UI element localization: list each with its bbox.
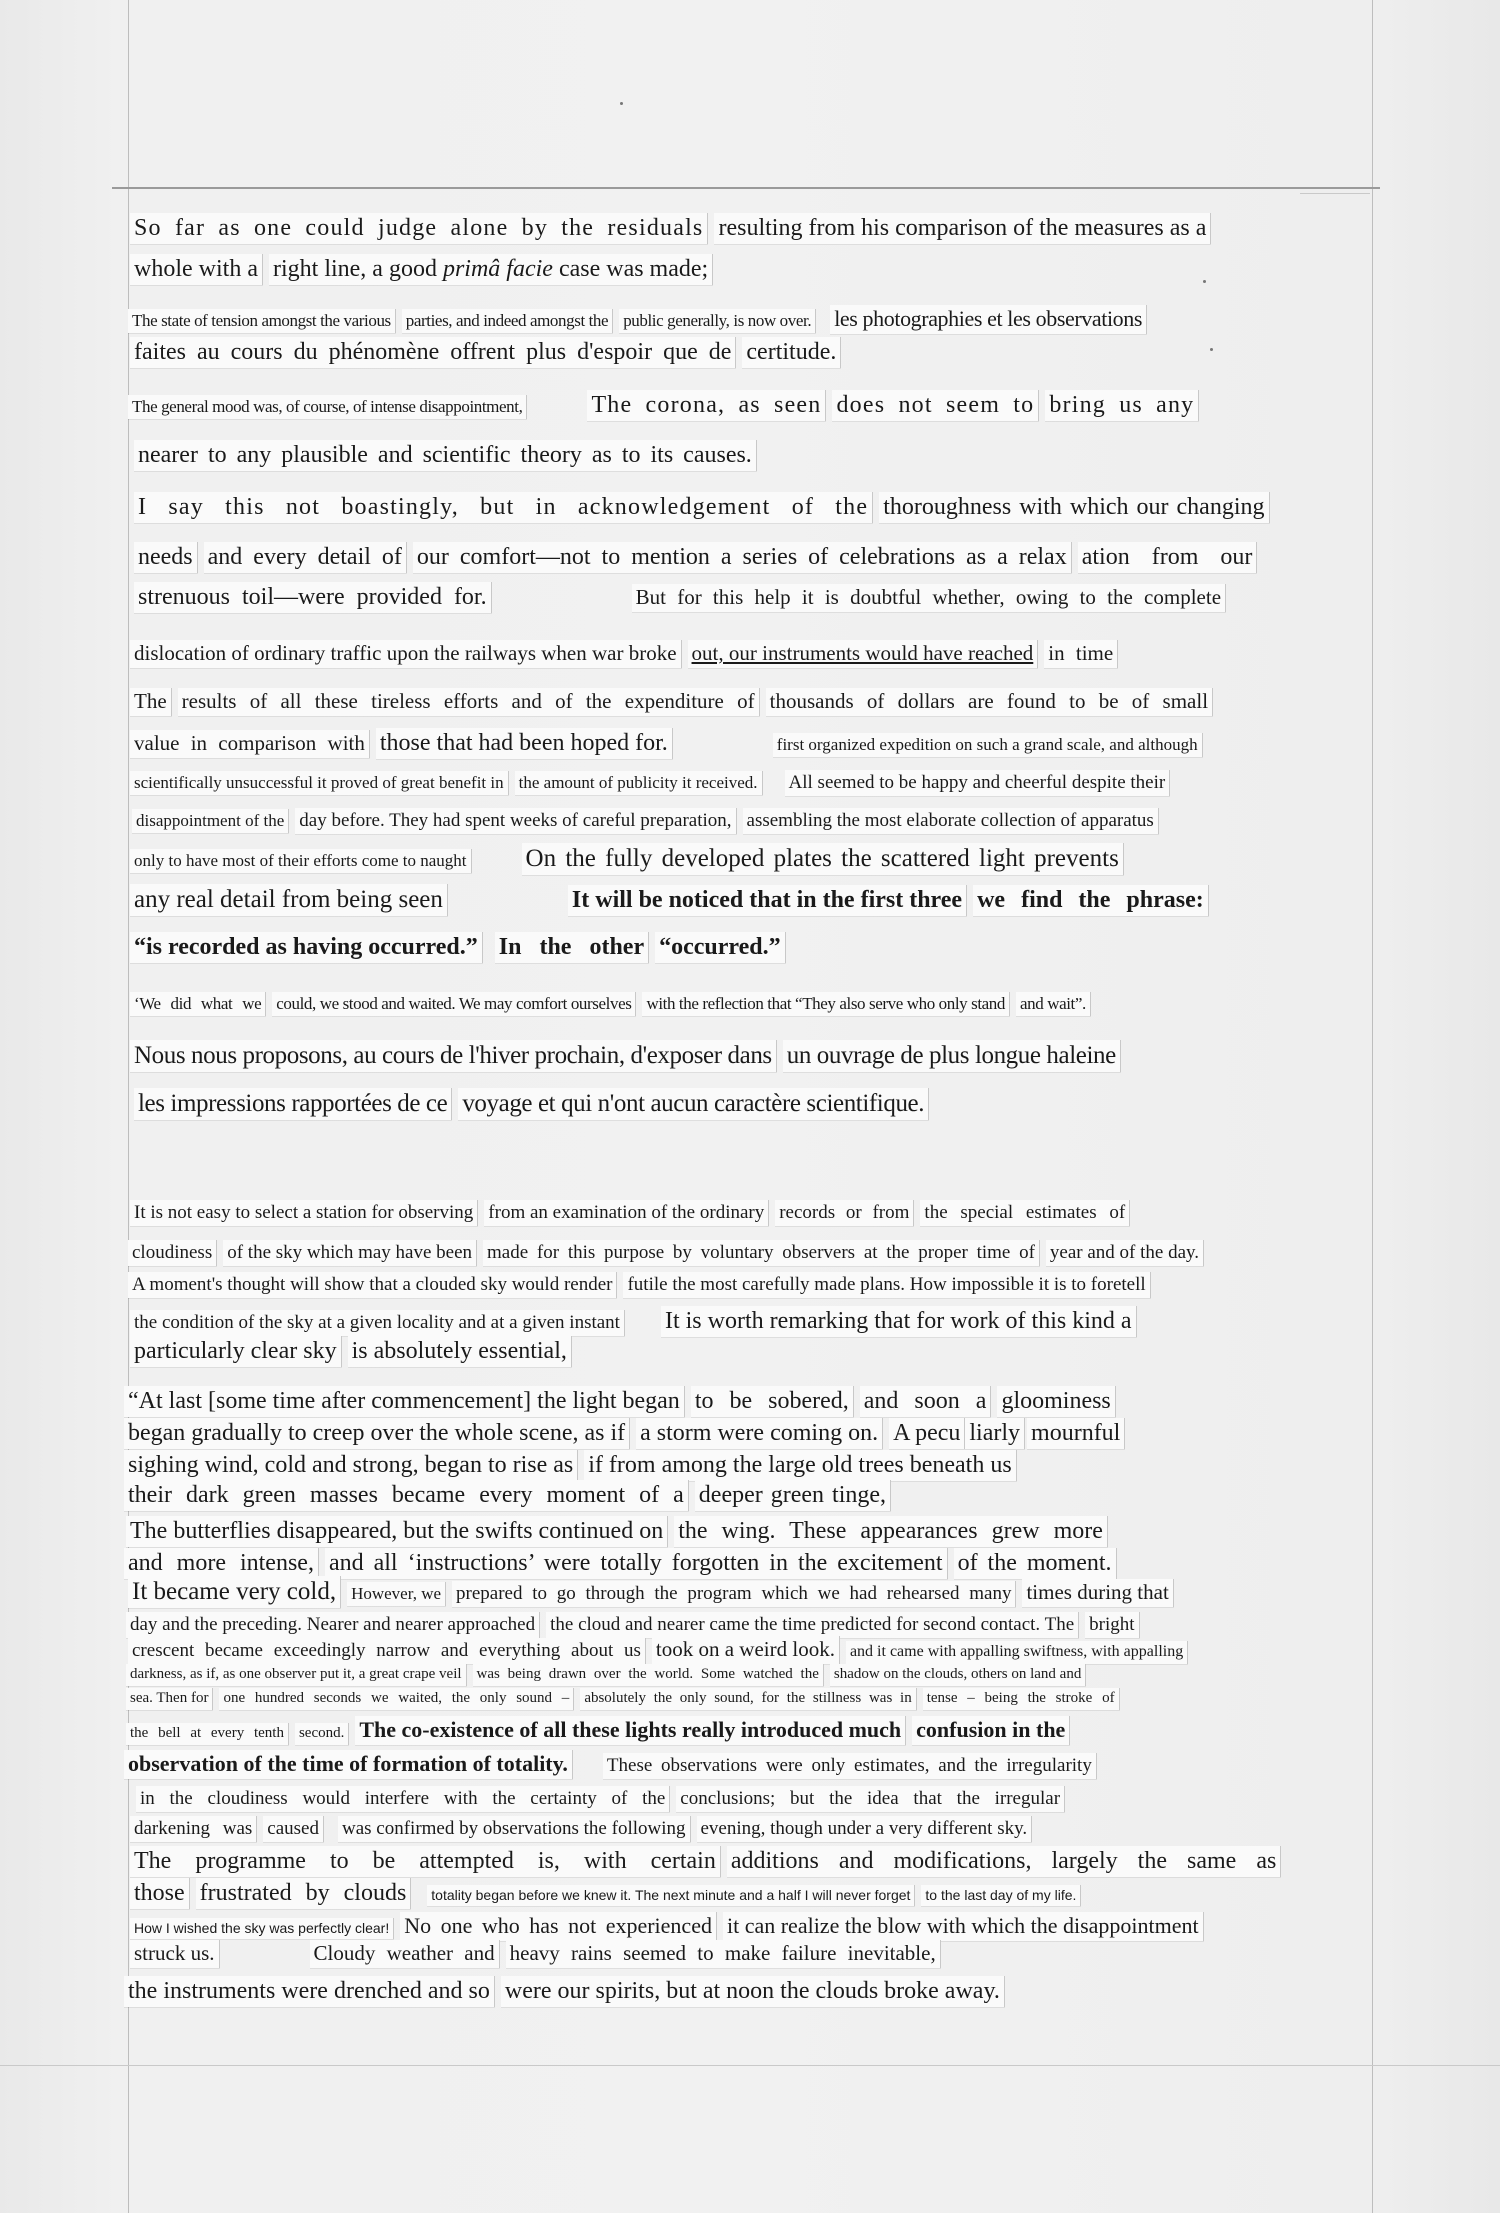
text-fragment: year and of the day.	[1046, 1240, 1204, 1266]
text-fragment: evening, though under a very different s…	[697, 1816, 1033, 1842]
text-line: day and the preceding. Nearer and nearer…	[126, 1612, 1146, 1638]
text-fragment: On the fully developed plates the scatte…	[522, 843, 1124, 875]
text-fragment: took on a weird look.	[652, 1636, 840, 1664]
text-line: only to have most of their efforts come …	[130, 843, 1130, 875]
text-fragment: It is worth remarking that for work of t…	[661, 1306, 1137, 1337]
text-fragment: to the last day of my life.	[921, 1885, 1081, 1906]
text-fragment: crescent became exceedingly narrow and e…	[128, 1638, 646, 1664]
text-fragment: and soon a	[860, 1386, 992, 1417]
text-line: sea. Then forone hundred seconds we wait…	[126, 1688, 1126, 1710]
text-line: dislocation of ordinary traffic upon the…	[130, 640, 1124, 668]
text-line: whole with aright line, a good primâ fac…	[130, 254, 719, 285]
text-fragment: additions and modifications, largely the…	[727, 1846, 1281, 1877]
text-fragment: I say this not boastingly, but in acknow…	[134, 492, 873, 523]
text-fragment: The programme to be attempted is, with c…	[130, 1846, 721, 1877]
text-fragment: disappointment of the	[132, 809, 289, 833]
text-line: sighing wind, cold and strong, began to …	[124, 1450, 1023, 1481]
italic-phrase: primâ facie	[443, 256, 553, 282]
text-fragment: in the cloudiness would interfere with t…	[136, 1786, 670, 1812]
text-fragment: gloominess	[997, 1386, 1115, 1417]
text-fragment: darkness, as if, as one observer put it,…	[126, 1664, 467, 1686]
text-line: cloudinessof the sky which may have been…	[128, 1240, 1210, 1266]
text-line: darkness, as if, as one observer put it,…	[126, 1664, 1092, 1686]
text-fragment: confusion in the	[912, 1716, 1070, 1745]
text-fragment: in time	[1044, 640, 1118, 668]
text-fragment: the amount of publicity it received.	[515, 771, 763, 795]
text-line: the condition of the sky at a given loca…	[130, 1306, 1143, 1337]
text-fragment: to be sobered,	[691, 1386, 854, 1417]
text-fragment: ‘We did what we	[130, 992, 266, 1016]
text-fragment: So far as one could judge alone by the r…	[130, 213, 708, 244]
text-line: faites au cours du phénomène offrent plu…	[130, 337, 847, 368]
text-fragment: All seemed to be happy and cheerful desp…	[785, 770, 1171, 796]
text-fragment: les photographies et les observations	[830, 305, 1147, 334]
text-fragment: futile the most carefully made plans. Ho…	[623, 1272, 1150, 1298]
text-line: crescent became exceedingly narrow and e…	[128, 1636, 1194, 1664]
text-line: struck us.Cloudy weather andheavy rains …	[130, 1940, 947, 1968]
text-fragment: thoroughness with which our changing	[879, 492, 1269, 523]
text-line: value in comparison withthose that had b…	[130, 728, 1209, 759]
text-fragment: A pecu	[889, 1418, 965, 1449]
text-line: So far as one could judge alone by the r…	[130, 213, 1217, 244]
text-fragment: In the other	[495, 932, 649, 963]
text-fragment: The general mood was, of course, of inte…	[128, 395, 527, 419]
text-fragment: mournful	[1027, 1418, 1125, 1449]
text-fragment: resulting from his comparison of the mea…	[714, 213, 1211, 244]
text-line: and more intense,and all ‘instructions’ …	[124, 1548, 1123, 1579]
text-fragment: second.	[295, 1723, 349, 1745]
text-fragment: times during that	[1022, 1579, 1173, 1607]
text-fragment: bring us any	[1045, 390, 1199, 421]
text-line: observation of the time of formation of …	[124, 1750, 1103, 1779]
text-fragment: It will be noticed that in the first thr…	[568, 885, 967, 916]
text-fragment: “is recorded as having occurred.”	[130, 932, 483, 963]
text-fragment: is absolutely essential,	[348, 1336, 572, 1367]
text-fragment: Cloudy weather and	[310, 1940, 500, 1968]
text-fragment: with the reflection that “They also serv…	[642, 992, 1010, 1016]
text-fragment: we find the phrase:	[973, 885, 1209, 916]
text-line: Theresults of all these tireless efforts…	[130, 688, 1219, 716]
text-fragment: those	[130, 1878, 190, 1909]
text-fragment: only to have most of their efforts come …	[130, 849, 472, 873]
text-fragment: It is not easy to select a station for o…	[130, 1200, 478, 1226]
speck	[1210, 348, 1213, 351]
text-fragment: struck us.	[130, 1940, 220, 1968]
text-fragment: records or from	[775, 1200, 914, 1226]
text-fragment: of the moment.	[954, 1548, 1117, 1579]
text-fragment: faites au cours du phénomène offrent plu…	[130, 337, 736, 368]
text-fragment: “At last [some time after commencement] …	[124, 1386, 685, 1417]
text-fragment: un ouvrage de plus longue haleine	[783, 1040, 1121, 1072]
text-fragment: absolutely the only sound, for the still…	[580, 1688, 916, 1710]
speck	[620, 102, 623, 105]
text-line: “is recorded as having occurred.”In the …	[130, 932, 792, 963]
text-fragment: and every detail of	[204, 542, 407, 573]
text-fragment: The co-existence of all these lights rea…	[355, 1716, 906, 1745]
text-fragment: made for this purpose by voluntary obser…	[483, 1240, 1040, 1266]
text-fragment: particularly clear sky	[130, 1336, 342, 1367]
text-fragment: and more intense,	[124, 1548, 319, 1579]
text-fragment: The state of tension amongst the various	[128, 309, 396, 333]
text-fragment: their dark green masses became every mom…	[124, 1480, 689, 1511]
text-fragment: nearer to any plausible and scientific t…	[134, 440, 757, 471]
text-fragment: bright	[1085, 1612, 1139, 1638]
text-fragment: case was made;	[559, 256, 708, 282]
text-fragment: began gradually to creep over the whole …	[124, 1418, 630, 1449]
speck	[1203, 280, 1206, 283]
text-line: Nous nous proposons, au cours de l'hiver…	[130, 1040, 1127, 1072]
text-line: How I wished the sky was perfectly clear…	[130, 1912, 1210, 1941]
text-line: ‘We did what wecould, we stood and waite…	[130, 992, 1097, 1016]
text-fragment: the cloud and nearer came the time predi…	[546, 1612, 1079, 1638]
text-fragment: if from among the large old trees beneat…	[584, 1450, 1016, 1481]
text-line: The programme to be attempted is, with c…	[130, 1846, 1287, 1877]
text-fragment: those that had been hoped for.	[376, 728, 673, 759]
text-fragment: needs	[134, 542, 198, 573]
text-fragment: day and the preceding. Nearer and nearer…	[126, 1612, 540, 1638]
text-fragment: No one who has not experienced	[400, 1912, 717, 1941]
text-fragment: certitude.	[742, 337, 841, 368]
text-fragment: thousands of dollars are found to be of …	[766, 688, 1213, 716]
text-fragment: observation of the time of formation of …	[124, 1750, 573, 1779]
right-margin-line	[1372, 0, 1373, 2213]
text-fragment: out, our instruments would have reached	[688, 640, 1039, 668]
text-fragment: the wing. These appearances grew more	[674, 1516, 1108, 1547]
text-fragment: But for this help it is doubtful whether…	[632, 584, 1226, 612]
text-fragment: However, we	[347, 1582, 446, 1606]
text-fragment: and all ‘instructions’ were totally forg…	[325, 1548, 948, 1579]
text-fragment: the instruments were drenched and so	[124, 1976, 495, 2007]
text-line: in the cloudiness would interfere with t…	[136, 1786, 1071, 1812]
text-fragment: dislocation of ordinary traffic upon the…	[130, 640, 682, 668]
text-fragment: was being drawn over the world. Some wat…	[473, 1664, 824, 1686]
text-fragment: were our spirits, but at noon the clouds…	[501, 1976, 1005, 2007]
text-fragment: sighing wind, cold and strong, began to …	[124, 1450, 578, 1481]
text-line: “At last [some time after commencement] …	[124, 1386, 1122, 1417]
text-fragment: a storm were coming on.	[636, 1418, 883, 1449]
text-fragment: from an examination of the ordinary	[484, 1200, 769, 1226]
text-fragment: ation from our	[1078, 542, 1258, 573]
text-line: particularly clear skyis absolutely esse…	[130, 1336, 578, 1367]
text-line: their dark green masses became every mom…	[124, 1480, 897, 1511]
text-fragment: first organized expedition on such a gra…	[773, 733, 1203, 757]
text-fragment: Nous nous proposons, au cours de l'hiver…	[130, 1040, 777, 1072]
text-line: any real detail from being seenIt will b…	[130, 884, 1215, 916]
text-line: I say this not boastingly, but in acknow…	[134, 492, 1276, 523]
top-rule-lower	[1300, 193, 1370, 194]
text-fragment: caused	[263, 1816, 324, 1842]
text-fragment: public generally, is now over.	[619, 309, 816, 333]
text-fragment: right line, a good primâ facie case was …	[269, 254, 713, 285]
text-line: began gradually to creep over the whole …	[124, 1418, 1131, 1449]
text-fragment: deeper green tinge,	[695, 1480, 891, 1511]
text-fragment: heavy rains seemed to make failure inevi…	[506, 1940, 941, 1968]
text-fragment: It became very cold,	[128, 1576, 341, 1608]
text-line: The general mood was, of course, of inte…	[128, 390, 1205, 421]
text-line: strenuous toil—were provided for.But for…	[134, 582, 1232, 613]
text-line: It is not easy to select a station for o…	[130, 1200, 1136, 1226]
text-fragment: strenuous toil—were provided for.	[134, 582, 492, 613]
text-line: needsand every detail ofour comfort—not …	[134, 542, 1263, 573]
text-fragment: How I wished the sky was perfectly clear…	[130, 1918, 394, 1939]
text-fragment: These observations were only estimates, …	[603, 1753, 1097, 1779]
text-fragment: any real detail from being seen	[130, 884, 448, 916]
text-fragment: right line, a good	[273, 256, 437, 282]
text-fragment: frustrated by clouds	[196, 1878, 412, 1909]
text-fragment: les impressions rapportées de ce	[134, 1088, 452, 1120]
text-fragment: tense – being the stroke of	[923, 1688, 1120, 1710]
text-fragment: of the sky which may have been	[223, 1240, 477, 1266]
text-line: thosefrustrated by cloudstotality began …	[130, 1878, 1087, 1909]
text-fragment: shadow on the clouds, others on land and	[830, 1664, 1086, 1686]
text-fragment: could, we stood and waited. We may comfo…	[272, 992, 636, 1016]
text-fragment: one hundred seconds we waited, the only …	[219, 1688, 574, 1710]
text-fragment: day before. They had spent weeks of care…	[295, 808, 736, 834]
text-fragment: whole with a	[130, 254, 263, 285]
text-fragment: was confirmed by observations the follow…	[338, 1816, 691, 1842]
text-fragment: our comfort—not to mention a series of c…	[413, 542, 1072, 573]
text-line: the instruments were drenched and sowere…	[124, 1976, 1011, 2007]
text-fragment: results of all these tireless efforts an…	[178, 688, 760, 716]
bottom-rule	[0, 2065, 1500, 2066]
text-line: the bell at every tenthsecond.The co-exi…	[126, 1716, 1076, 1745]
text-fragment: liarly	[965, 1418, 1025, 1449]
text-fragment: value in comparison with	[130, 730, 370, 758]
text-line: nearer to any plausible and scientific t…	[134, 440, 763, 471]
text-line: The state of tension amongst the various…	[128, 305, 1153, 334]
text-fragment: assembling the most elaborate collection…	[743, 808, 1159, 834]
text-fragment: The	[130, 688, 172, 716]
text-fragment: “occurred.”	[655, 932, 786, 963]
text-fragment: and it came with appalling swiftness, wi…	[846, 1641, 1188, 1664]
text-line: The butterflies disappeared, but the swi…	[126, 1516, 1114, 1547]
text-fragment: voyage et qui n'ont aucun caractère scie…	[458, 1088, 929, 1120]
text-line: A moment's thought will show that a clou…	[128, 1272, 1157, 1298]
top-rule	[112, 187, 1380, 189]
text-fragment: The corona, as seen	[587, 390, 826, 421]
text-fragment: A moment's thought will show that a clou…	[128, 1272, 617, 1298]
text-fragment: the special estimates of	[920, 1200, 1130, 1226]
text-fragment: totality began before we knew it. The ne…	[427, 1885, 915, 1906]
text-line: darkening wascausedwas confirmed by obse…	[130, 1816, 1038, 1842]
text-fragment: sea. Then for	[126, 1688, 213, 1710]
text-fragment: the condition of the sky at a given loca…	[130, 1310, 625, 1336]
text-fragment: parties, and indeed amongst the	[402, 309, 613, 333]
text-fragment: the bell at every tenth	[126, 1723, 289, 1745]
text-fragment: it can realize the blow with which the d…	[723, 1912, 1204, 1941]
text-fragment: and wait”.	[1016, 992, 1091, 1016]
text-fragment: conclusions; but the idea that the irreg…	[676, 1786, 1065, 1812]
text-line: les impressions rapportées de cevoyage e…	[134, 1088, 935, 1120]
text-fragment: does not seem to	[832, 390, 1039, 421]
text-fragment: scientifically unsuccessful it proved of…	[130, 771, 509, 795]
text-fragment: cloudiness	[128, 1240, 217, 1266]
text-line: It became very cold,However, weprepared …	[128, 1576, 1180, 1608]
text-fragment: prepared to go through the program which…	[452, 1581, 1016, 1607]
text-fragment: darkening was	[130, 1816, 257, 1842]
text-fragment: The butterflies disappeared, but the swi…	[126, 1516, 668, 1547]
text-line: disappointment of theday before. They ha…	[132, 808, 1165, 834]
text-line: scientifically unsuccessful it proved of…	[130, 770, 1176, 796]
